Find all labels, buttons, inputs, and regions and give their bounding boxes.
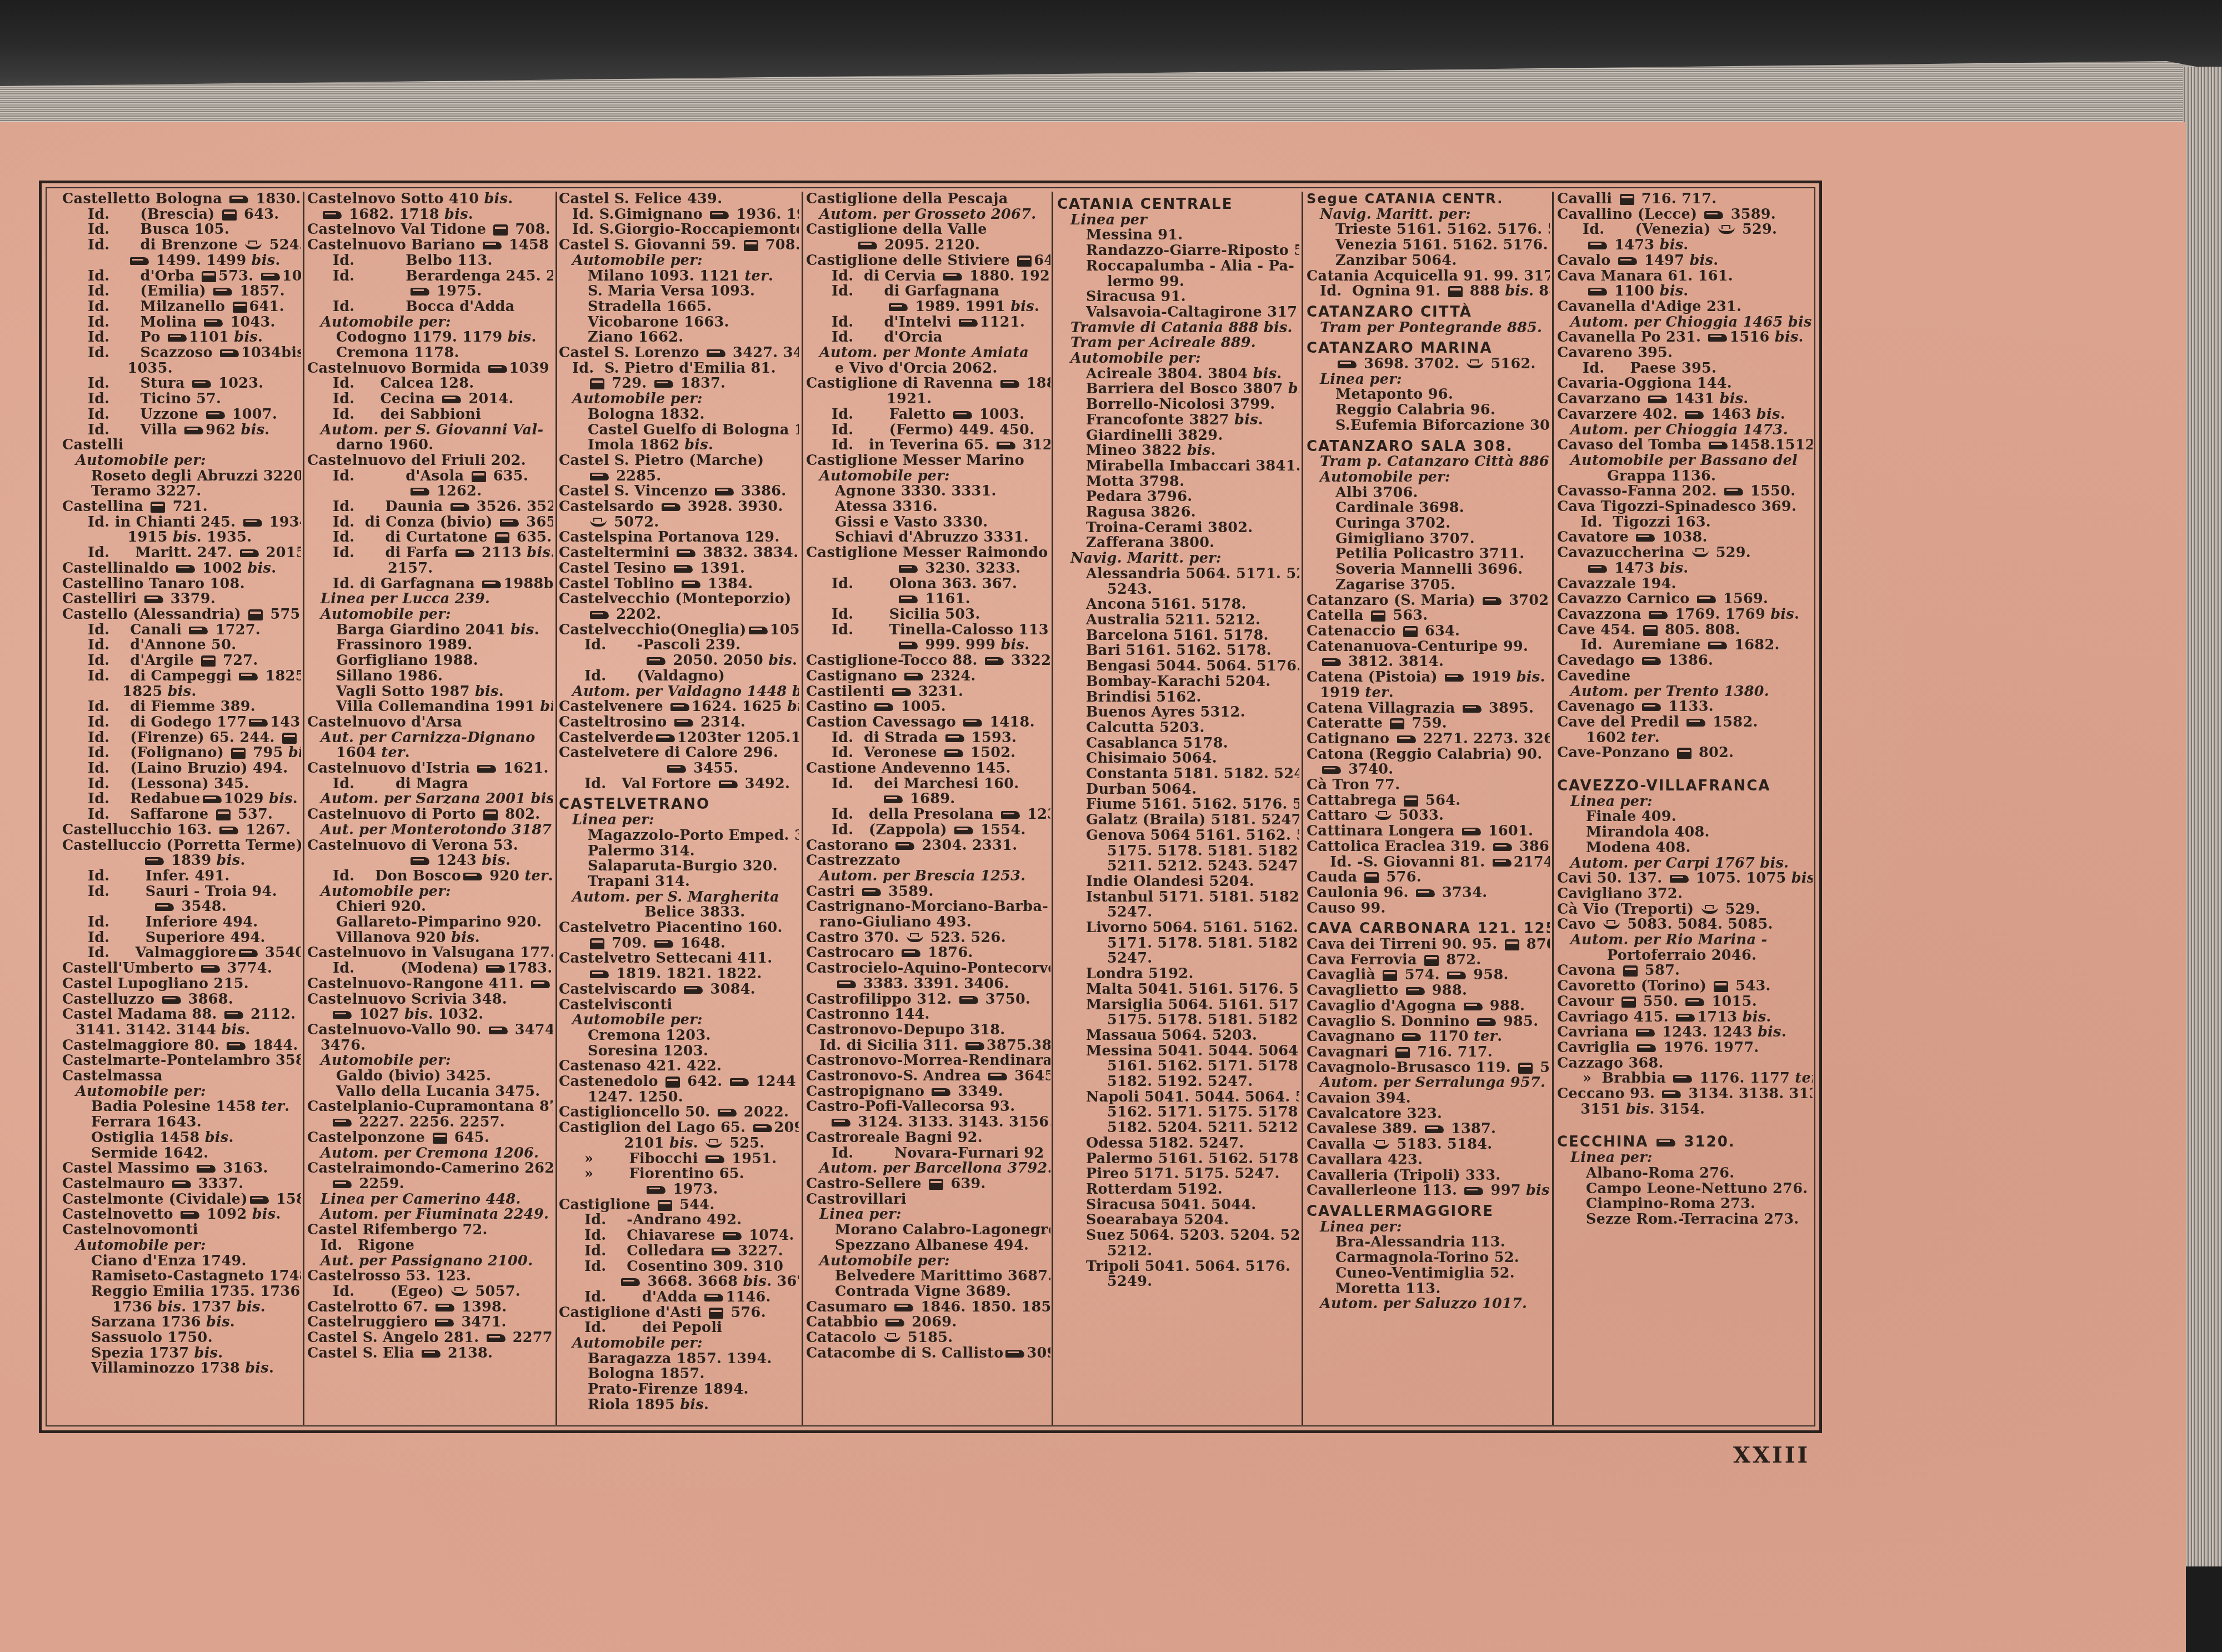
train-icon bbox=[411, 857, 429, 865]
index-line-dest: Vicobarone 1663. bbox=[559, 315, 799, 331]
index-line-dest: 3383. 3391. 3406. bbox=[806, 977, 1050, 992]
index-line-id: Id. -Andrano 492. bbox=[559, 1213, 799, 1228]
index-line-h: Castelluccio (Porretta Terme) bbox=[62, 838, 301, 854]
index-line-h: Castiglione della Valle bbox=[806, 222, 1050, 238]
index-line-id: Id. (Laino Bruzio) 494. bbox=[62, 761, 301, 777]
suffix-ter: ter bbox=[1474, 1028, 1497, 1045]
index-line-h: Cavaglio d'Agogna 988. bbox=[1307, 999, 1550, 1014]
index-line-id: Id. Scazzoso 1034bis. bbox=[62, 346, 301, 361]
train-icon bbox=[435, 1319, 454, 1326]
index-line-mode: Automobile per: bbox=[307, 884, 553, 900]
train-icon bbox=[1708, 642, 1727, 649]
index-line-h: Cavazzale 194. bbox=[1557, 577, 1813, 592]
train-icon bbox=[715, 488, 734, 495]
index-line-id: Id. Cosentino 309. 310 bbox=[559, 1259, 799, 1275]
index-line-mode: Linea per: bbox=[1557, 1150, 1813, 1166]
index-line-mode-plain: Id. -S. Giovanni 81. 2174. bbox=[1307, 855, 1550, 870]
ship-icon bbox=[907, 934, 923, 942]
index-line-h: Cavagnano 1170 ter. bbox=[1307, 1029, 1550, 1045]
index-line-id: » Brabbia 1176. 1177 ter. bbox=[1557, 1071, 1813, 1087]
train-icon bbox=[899, 642, 918, 649]
index-line-id: Id. Infer. 491. bbox=[62, 869, 301, 884]
index-line-id: Id. (Emilia) 1857. bbox=[62, 284, 301, 299]
index-line-dest: Londra 5192. bbox=[1057, 967, 1299, 982]
index-line-id: Id. Superiore 494. bbox=[62, 930, 301, 946]
index-line-mode: Tram per Pontegrande 885. bbox=[1307, 321, 1550, 336]
index-line-id: Id. di Garfagnana 1988bis. bbox=[307, 577, 553, 592]
index-line-dest: 1819. 1821. 1822. bbox=[559, 967, 799, 982]
index-line-h: Castelluzzo 3868. bbox=[62, 992, 301, 1008]
index-line-mode: Linea per Lucca 239. bbox=[307, 592, 553, 607]
train-icon bbox=[201, 965, 220, 973]
suffix-bis: bis bbox=[1187, 442, 1211, 459]
index-line-cont: 1973. bbox=[559, 1182, 799, 1198]
index-line-h: Cavriago 415. 1713 bis. bbox=[1557, 1010, 1813, 1025]
suffix-bis: bis bbox=[540, 698, 553, 715]
train-icon bbox=[1724, 488, 1743, 495]
train-icon bbox=[674, 719, 693, 727]
index-line-mode: Linea per: bbox=[1557, 794, 1813, 810]
index-line-dest: Zagarise 3705. bbox=[1307, 578, 1550, 593]
index-line-id: Id. (Modena) 1783. bbox=[307, 961, 553, 977]
train-icon bbox=[206, 411, 225, 419]
index-line-dest: Cremona 1178. bbox=[307, 346, 553, 361]
index-line-mode-plain: Id. S. Pietro d'Emilia 81. bbox=[559, 361, 799, 377]
train-icon bbox=[1425, 1125, 1444, 1133]
index-line-h: Castel S. Lorenzo 3427. 3431. bbox=[559, 346, 799, 361]
train-icon bbox=[422, 1350, 441, 1358]
index-line-dest: Durban 5064. bbox=[1057, 782, 1299, 798]
suffix-bis: bis bbox=[241, 422, 265, 438]
train-icon bbox=[239, 673, 258, 680]
index-line-id: Id. (Valdagno) bbox=[559, 669, 799, 684]
index-line-h: Castrocaro 1876. bbox=[806, 945, 1050, 961]
bus-icon bbox=[201, 655, 216, 667]
index-line-id: Id. di Conza (bivio) 3650. bbox=[307, 515, 553, 530]
suffix-bis: bis bbox=[1720, 391, 1744, 407]
train-icon bbox=[894, 1304, 913, 1311]
bus-icon bbox=[151, 502, 165, 513]
suffix-bis: bis bbox=[1788, 314, 1812, 331]
index-line-id: Id. Busca 105. bbox=[62, 222, 301, 238]
index-line-dest: Morano Calabro-Lagonegro 494 bbox=[806, 1223, 1050, 1238]
index-line-h: Catena (Pistoia) 1919 bis. bbox=[1307, 670, 1550, 685]
index-line-h: Castello (Alessandria) 575. bbox=[62, 607, 301, 623]
index-line-dest: Bologna 1857. bbox=[559, 1366, 799, 1382]
index-line-h: Cauda 576. bbox=[1307, 870, 1550, 885]
index-line-id: Id. (Zappola) 1554. bbox=[806, 823, 1050, 838]
index-line-id: Id. Faletto 1003. bbox=[806, 407, 1050, 423]
index-line-dest: Zafferana 3800. bbox=[1057, 535, 1299, 551]
index-line-h: Cava Manara 61. 161. bbox=[1557, 269, 1813, 284]
index-line-h: Castelverde1203ter 1205.1245 bbox=[559, 730, 799, 746]
bus-icon bbox=[1622, 997, 1636, 1008]
ship-icon bbox=[245, 242, 262, 249]
index-line-mode-plain: 3476. bbox=[307, 1038, 553, 1054]
column-divider bbox=[555, 192, 557, 1425]
index-line-dest: Zanzibar 5064. bbox=[1307, 253, 1550, 269]
suffix-ter: ter bbox=[261, 1098, 284, 1115]
index-line-h: Cava dei Tirreni 90. 95. 870. bbox=[1307, 937, 1550, 953]
index-line-h: Castiglioncello 50. 2022. bbox=[559, 1105, 799, 1120]
index-line-id: Id. Chiavarese 1074. bbox=[559, 1228, 799, 1244]
suffix-bis: bis bbox=[527, 544, 551, 561]
column-divider bbox=[1052, 192, 1053, 1425]
train-icon bbox=[1464, 1187, 1483, 1195]
index-line-h: Cavallerleone 113. 997 bis. bbox=[1307, 1183, 1550, 1199]
train-icon bbox=[1618, 257, 1637, 265]
bus-icon bbox=[493, 224, 508, 236]
index-line-dest: Casablanca 5178. bbox=[1057, 736, 1299, 752]
ship-icon bbox=[705, 1140, 722, 1148]
index-line-mode: Linea per: bbox=[806, 1207, 1050, 1223]
index-line-dest: Sarzana 1736 bis. bbox=[62, 1315, 301, 1330]
index-line-id: Id. Uzzone 1007. bbox=[62, 407, 301, 423]
index-line-h: Cavaglià 574. 958. bbox=[1307, 968, 1550, 983]
index-line-h: Cateratte 759. bbox=[1307, 716, 1550, 732]
index-line-h: Castelplanio-Cupramontana 87. bbox=[307, 1099, 553, 1115]
index-line-h: Castelsardo 3928. 3930. bbox=[559, 499, 799, 515]
index-line-h: Castelvecchio (Monteporzio) bbox=[559, 592, 799, 607]
index-line-dest: Albano-Roma 276. bbox=[1557, 1166, 1813, 1182]
index-line-h: Cavalese 389. 1387. bbox=[1307, 1122, 1550, 1137]
index-line-mode: Linea per: bbox=[1307, 372, 1550, 388]
index-line-id: Id. della Presolana 1233. bbox=[806, 807, 1050, 823]
train-icon bbox=[249, 719, 268, 727]
index-line-h: Castelraimondo-Camerino 262. bbox=[307, 1161, 553, 1177]
index-line-dest: 1473 bis. bbox=[1557, 238, 1813, 253]
page-number: XXIII bbox=[1733, 1442, 1810, 1468]
index-line-h: Cattaro 5033. bbox=[1307, 808, 1550, 824]
train-icon bbox=[590, 970, 609, 978]
train-icon bbox=[707, 349, 725, 357]
index-line-id: Id. Don Bosco 920 ter. bbox=[307, 869, 553, 884]
index-line-id: Id. di Strada 1593. bbox=[806, 730, 1050, 746]
index-line-id: Id. dei Pepoli bbox=[559, 1320, 799, 1336]
suffix-bis: bis bbox=[1770, 606, 1794, 623]
index-line-cont: 3548. bbox=[62, 899, 301, 915]
index-line-mode-plain: Id. S.Giorgio-Roccapiemonte 286 bbox=[559, 222, 799, 238]
index-line-h: Cave del Predil 1582. bbox=[1557, 715, 1813, 730]
index-line-cont: Grappa 1136. bbox=[1557, 469, 1813, 484]
index-column-7: Cavalli 716. 717.Cavallino (Lecce) 3589.… bbox=[1557, 192, 1813, 1428]
index-line-id: Id. di Curtatone 635. bbox=[307, 530, 553, 545]
index-line-h: Cavedago 1386. bbox=[1557, 653, 1813, 669]
index-line-id: Id. (Brescia) 643. bbox=[62, 207, 301, 223]
index-line-dest: Milano 1093. 1121 ter. bbox=[559, 269, 799, 284]
index-line-dest: Pedara 3796. bbox=[1057, 489, 1299, 505]
index-line-dest: Barga Giardino 2041 bis. bbox=[307, 623, 553, 638]
index-line-h: Castelliri 3379. bbox=[62, 592, 301, 607]
index-line-dest: Mineo 3822 bis. bbox=[1057, 443, 1299, 459]
index-line-mode: Autom. per Carpi 1767 bis. bbox=[1557, 856, 1813, 872]
index-line-id: Id. Paese 395. bbox=[1557, 361, 1813, 377]
index-column-4: Castiglione della PescajaAutom. per Gros… bbox=[806, 192, 1050, 1428]
index-line-mode: Tram p. Catanzaro Città 886. bbox=[1307, 454, 1550, 470]
train-icon bbox=[172, 1180, 191, 1188]
index-line-h: Castropignano 3349. bbox=[806, 1084, 1050, 1100]
train-icon bbox=[895, 842, 914, 850]
index-line-mode-plain: Id. Auremiane 1682. bbox=[1557, 638, 1813, 653]
index-line-dest: Tripoli 5041. 5064. 5176. bbox=[1057, 1259, 1299, 1275]
index-line-dest: Castel Guelfo di Bologna 1832 bbox=[559, 423, 799, 438]
index-line-h: Cava Tigozzi-Spinadesco 369. bbox=[1557, 499, 1813, 515]
train-icon bbox=[988, 1073, 1007, 1080]
suffix-bis: bis bbox=[508, 329, 532, 346]
index-line-dest: Bari 5161. 5162. 5178. bbox=[1057, 643, 1299, 659]
index-line-h: Cavaso del Tomba 1458.1512. bbox=[1557, 438, 1813, 453]
index-line-h: Castelli bbox=[62, 438, 301, 453]
index-line-id: Id. Po 1101 bis. bbox=[62, 330, 301, 346]
train-icon bbox=[997, 442, 1015, 449]
train-icon bbox=[749, 627, 768, 634]
suffix-bis: bis bbox=[173, 529, 197, 545]
suffix-bis: bis bbox=[194, 1345, 218, 1361]
index-line-h: Castel Madama 88. 2112. bbox=[62, 1007, 301, 1023]
index-line-cont: 5175. 5178. 5181. 5182. 5204. bbox=[1057, 1013, 1299, 1028]
index-line-dest: Indie Olandesi 5204. bbox=[1057, 874, 1299, 890]
index-line-id: Id. di Brenzone 524. bbox=[62, 238, 301, 253]
suffix-bis: bis bbox=[684, 437, 708, 453]
suffix-bis: bis bbox=[531, 790, 553, 807]
index-line-id: Id. (Egeo) 5057. bbox=[307, 1284, 553, 1300]
suffix-bis: bis bbox=[269, 790, 293, 807]
index-line-mode: Automobile per: bbox=[559, 253, 799, 269]
index-line-h: Castrocielo-Aquino-Pontecorvo 93. bbox=[806, 961, 1050, 977]
suffix-bis: bis bbox=[157, 1299, 181, 1315]
index-line-dest: Malta 5041. 5161. 5176. 5249. bbox=[1057, 982, 1299, 998]
index-line-id: Id. Stura 1023. bbox=[62, 376, 301, 392]
train-icon bbox=[487, 1334, 506, 1342]
index-line-h: Castri 3589. bbox=[806, 884, 1050, 900]
train-icon bbox=[176, 565, 195, 573]
index-line-h: Cavaglietto 988. bbox=[1307, 983, 1550, 999]
train-icon bbox=[411, 488, 429, 495]
suffix-bis: bis bbox=[1660, 237, 1684, 253]
index-line-id: Id. d'Orba 573. 1044. bbox=[62, 269, 301, 284]
index-line-mode: Autom. per Chioggia 1465 bis bbox=[1557, 315, 1813, 331]
index-line-dest: Curinga 3702. bbox=[1307, 516, 1550, 532]
index-line-dest: Vallo della Lucania 3475. bbox=[307, 1084, 553, 1100]
index-line-id: Id. Sicilia 503. bbox=[806, 607, 1050, 623]
index-line-cap: CAVALLERMAGGIORE bbox=[1307, 1204, 1550, 1220]
suffix-ter: ter bbox=[1795, 1070, 1813, 1087]
index-line-h: Castelnuovo di Porto 802. bbox=[307, 807, 553, 823]
train-icon bbox=[944, 749, 963, 757]
train-icon bbox=[1642, 657, 1661, 665]
train-icon bbox=[837, 980, 856, 988]
index-line-h: Castel Toblino 1384. bbox=[559, 577, 799, 592]
index-line-h: Castiglione Messer Raimondo bbox=[806, 545, 1050, 561]
index-line-id: Id. -Pascoli 239. bbox=[559, 638, 799, 653]
index-line-cont: 5249. bbox=[1057, 1274, 1299, 1290]
suffix-bis: bis bbox=[404, 1006, 428, 1023]
suffix-bis: bis bbox=[1253, 366, 1277, 382]
index-line-h: Cavalo 1497 bis. bbox=[1557, 253, 1813, 269]
index-line-mode: Autom. per Barcellona 3792. bbox=[806, 1161, 1050, 1177]
index-line-dest: Bengasi 5044. 5064. 5176. 5249. bbox=[1057, 659, 1299, 674]
train-icon bbox=[1000, 380, 1019, 388]
index-line-dest: Massaua 5064. 5203. bbox=[1057, 1028, 1299, 1044]
suffix-bis: bis bbox=[1743, 1009, 1766, 1025]
train-icon bbox=[682, 580, 700, 588]
suffix-bis: bis bbox=[1791, 870, 1813, 887]
index-line-id: » Fiorentino 65. bbox=[559, 1167, 799, 1182]
train-icon bbox=[904, 673, 923, 680]
index-line-id: Id. Veronese 1502. bbox=[806, 745, 1050, 761]
index-line-cont: 1989. 1991 bis. bbox=[806, 299, 1050, 315]
index-line-cont: 5171. 5178. 5181. 5182. 5204. bbox=[1057, 936, 1299, 952]
index-line-mode: Autom. per Valdagno 1448 bis bbox=[559, 684, 799, 700]
suffix-bis: bis bbox=[669, 1135, 693, 1152]
index-line-mode: Autom. per S. Margherita bbox=[559, 890, 799, 905]
bus-icon bbox=[1620, 194, 1634, 205]
index-line-mode: Autom. per Cremona 1206. bbox=[307, 1146, 553, 1162]
index-line-dest: Cuneo-Ventimiglia 52. bbox=[1307, 1266, 1550, 1281]
index-line-mode-plain: 3740. bbox=[1307, 762, 1550, 778]
train-icon bbox=[899, 595, 918, 603]
train-icon bbox=[1322, 766, 1341, 774]
page-stack-right-edge bbox=[2183, 67, 2222, 1566]
index-line-id: Id. Molina 1043. bbox=[62, 315, 301, 331]
suffix-bis: bis bbox=[482, 852, 506, 869]
train-icon bbox=[832, 1119, 850, 1127]
suffix-bis: bis bbox=[1660, 283, 1684, 299]
suffix-bis: bis bbox=[743, 1273, 767, 1290]
train-icon bbox=[1447, 972, 1466, 979]
train-icon bbox=[1642, 703, 1661, 711]
train-icon bbox=[963, 719, 982, 727]
index-line-mode: Autom. per Brescia 1253. bbox=[806, 869, 1050, 884]
index-line-cont: 2050. 2050 bis. bbox=[559, 653, 799, 669]
index-line-id: Id. Olona 363. 367. bbox=[806, 577, 1050, 592]
index-line-h: Castignano 2324. bbox=[806, 669, 1050, 684]
index-line-dest: Albi 3706. bbox=[1307, 485, 1550, 501]
train-icon bbox=[239, 949, 258, 957]
train-icon bbox=[1402, 1033, 1421, 1041]
index-line-mode-plain: Id. S.Gimignano 1936. 1937. bbox=[559, 207, 799, 223]
index-line-h: Catignano 2271. 2273. 3262. bbox=[1307, 732, 1550, 747]
index-line-id: Id. Colledara 3227. bbox=[559, 1244, 799, 1259]
index-column-3: Castel S. Felice 439.Id. S.Gimignano 193… bbox=[559, 192, 799, 1428]
index-line-h: Castrovillari bbox=[806, 1192, 1050, 1208]
train-icon bbox=[456, 549, 474, 557]
index-line-mode: Automobile per: bbox=[806, 469, 1050, 484]
index-line-dest: Buenos Ayres 5312. bbox=[1057, 705, 1299, 720]
index-line-h: Castelnuovo-Vallo 90. 3474. bbox=[307, 1023, 553, 1038]
index-line-cont: 5212. bbox=[1057, 1244, 1299, 1259]
index-line-dest: Giardinelli 3829. bbox=[1057, 428, 1299, 444]
index-line-id: Id. Inferiore 494. bbox=[62, 915, 301, 930]
train-icon bbox=[670, 703, 689, 711]
bus-icon bbox=[1448, 286, 1463, 297]
index-line-cont: 1262. bbox=[307, 484, 553, 499]
train-icon bbox=[705, 1155, 724, 1163]
train-icon bbox=[1662, 1090, 1681, 1098]
index-line-dest: Frassinoro 1989. bbox=[307, 638, 553, 653]
train-icon bbox=[985, 657, 1004, 665]
suffix-ter: ter bbox=[381, 744, 404, 761]
bus-icon bbox=[483, 809, 498, 820]
bus-icon bbox=[233, 302, 247, 313]
index-line-mode-plain: Id. di Sicilia 311. 3875.3890. bbox=[806, 1038, 1050, 1054]
index-line-mode: Automobile per Bassano del bbox=[1557, 453, 1813, 469]
index-line-id: Id. Villa 962 bis. bbox=[62, 423, 301, 438]
index-line-dest: Palermo 314. bbox=[559, 844, 799, 859]
index-line-h: Castiglione delle Stiviere 640.642 bbox=[806, 253, 1050, 269]
index-line-mode: Automobile per: bbox=[559, 1013, 799, 1028]
train-icon bbox=[858, 242, 877, 249]
index-line-dest: Troina-Cerami 3802. bbox=[1057, 520, 1299, 536]
index-line-mode: Automobile per: bbox=[307, 607, 553, 623]
index-line-dest: Soveria Mannelli 3696. bbox=[1307, 562, 1550, 578]
index-line-mode: Automobile per: bbox=[62, 453, 301, 469]
train-icon bbox=[862, 888, 881, 896]
index-line-mode: Autom. per Chioggia 1473. bbox=[1557, 423, 1813, 438]
index-line-dest: Campo Leone-Nettuno 276. bbox=[1557, 1182, 1813, 1197]
suffix-ter: ter bbox=[745, 268, 768, 284]
index-line-cont: 3668. 3668 bis. 3672 bbox=[559, 1274, 799, 1290]
index-line-cont: 3230. 3233. bbox=[806, 561, 1050, 577]
index-line-h: Cavaglio S. Donnino 985. bbox=[1307, 1014, 1550, 1030]
index-line-id: Id. d'Argile 727. bbox=[62, 653, 301, 669]
index-line-h: Castel Rifembergo 72. bbox=[307, 1223, 553, 1238]
suffix-ter: ter bbox=[524, 868, 548, 884]
index-line-h: Cavagnari 716. 717. bbox=[1307, 1045, 1550, 1060]
bus-icon bbox=[658, 1200, 672, 1211]
index-line-dest: Galatz (Braila) 5181. 5247. bbox=[1057, 813, 1299, 828]
index-line-cap: CATANIA CENTRALE bbox=[1057, 197, 1299, 213]
train-icon bbox=[168, 334, 187, 342]
index-line-mode-plain: 1682. 1718 bis. bbox=[307, 207, 553, 223]
train-icon bbox=[1686, 719, 1705, 727]
index-line-h: Catenaccio 634. bbox=[1307, 624, 1550, 639]
train-icon bbox=[184, 427, 203, 434]
train-icon bbox=[1697, 595, 1716, 603]
index-line-dest: Agnone 3330. 3331. bbox=[806, 484, 1050, 499]
index-line-h: Castrignano-Morciano-Barba- bbox=[806, 899, 1050, 915]
index-line-h: Cavaion 394. bbox=[1307, 1091, 1550, 1107]
index-line-h: Castelnuovo-Rangone 411. 1820 bbox=[307, 977, 553, 992]
index-line-dest: 1602 ter. bbox=[1557, 730, 1813, 746]
bus-icon bbox=[1623, 965, 1638, 977]
train-icon bbox=[719, 780, 738, 788]
index-line-dest: Gorfigliano 1988. bbox=[307, 653, 553, 669]
index-line-h: Castelmonte (Cividale) 1580 bis bbox=[62, 1192, 301, 1208]
index-line-h: Cavareno 395. bbox=[1557, 346, 1813, 361]
train-icon bbox=[1462, 828, 1481, 835]
index-line-cont: 5161. 5162. 5171. 5178. 5181. bbox=[1057, 1059, 1299, 1074]
index-line-dest: Bombay-Karachi 5204. bbox=[1057, 674, 1299, 690]
index-line-dest: Teramo 3227. bbox=[62, 484, 301, 499]
index-line-id: Id. Berardenga 245. 246. bbox=[307, 269, 553, 284]
index-line-cont: 5211. 5212. 5243. 5247. bbox=[1057, 859, 1299, 874]
index-line-mode: Autom. per Saluzzo 1017. bbox=[1307, 1296, 1550, 1312]
index-column-6: Segue CATANIA CENTR.Navig. Maritt. per:T… bbox=[1307, 192, 1550, 1428]
index-line-cap: CECCHINA 3120. bbox=[1557, 1135, 1813, 1150]
index-line-h: Castellino Tanaro 108. bbox=[62, 577, 301, 592]
index-line-cap: CATANZARO MARINA bbox=[1307, 341, 1550, 357]
suffix-bis: bis bbox=[1756, 406, 1780, 423]
index-line-id: Id. Cecina 2014. bbox=[307, 392, 553, 407]
index-line-h: Cavalleria (Tripoli) 333. bbox=[1307, 1168, 1550, 1184]
index-line-dest: Riola 1895 bis. bbox=[559, 1398, 799, 1413]
index-line-h: Catenanuova-Centuripe 99. bbox=[1307, 639, 1550, 655]
index-line-mode-plain: 3141. 3142. 3144 bis. bbox=[62, 1023, 301, 1038]
index-line-h: Cavriana 1243. 1243 bis. bbox=[1557, 1025, 1813, 1040]
index-line-dest: Gimigliano 3707. bbox=[1307, 532, 1550, 547]
index-line-cont: 1975. bbox=[307, 284, 553, 299]
